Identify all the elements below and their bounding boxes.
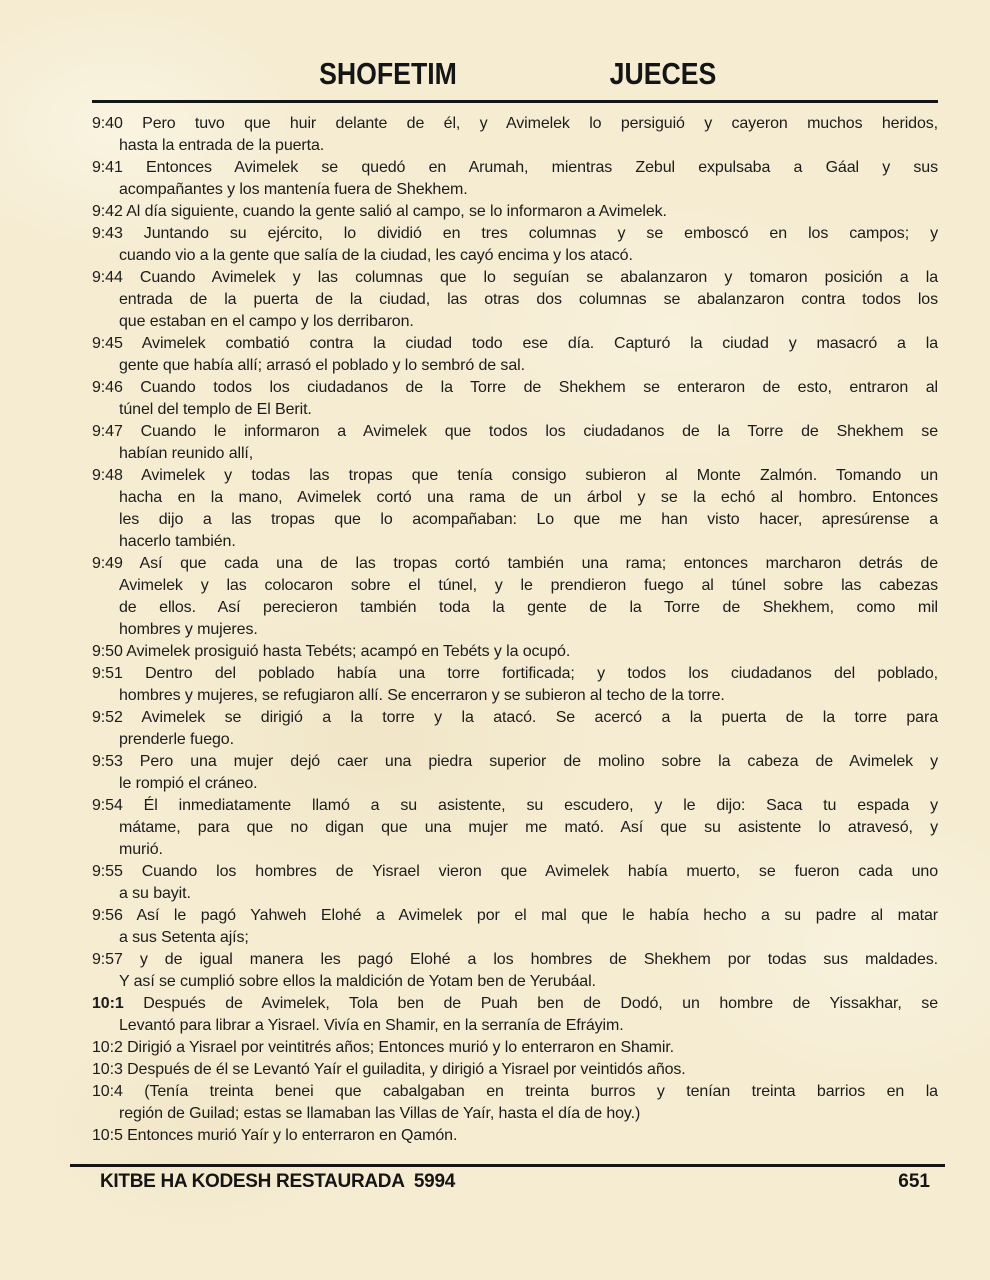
page-title-hebrew: SHOFETIM xyxy=(319,56,457,92)
verse-line: hasta la entrada de la puerta. xyxy=(92,135,938,157)
verse-number: 10:2 xyxy=(92,1039,123,1056)
verse-line: le rompió el cráneo. xyxy=(92,773,938,795)
verse-number: 9:48 xyxy=(92,467,123,484)
verse-line: 9:51 Dentro del poblado había una torre … xyxy=(92,663,938,685)
footer-page-number: 651 xyxy=(898,1171,930,1193)
verse-line: murió. xyxy=(92,839,938,861)
verse-line: a su bayit. xyxy=(92,883,938,905)
verse-number: 9:45 xyxy=(92,335,123,352)
verse-number: 10:5 xyxy=(92,1127,123,1144)
verse-line: 9:53 Pero una mujer dejó caer una piedra… xyxy=(92,751,938,773)
verse-line: 9:47 Cuando le informaron a Avimelek que… xyxy=(92,421,938,443)
verse-line: 9:45 Avimelek combatió contra la ciudad … xyxy=(92,333,938,355)
verse-line: de ellos. Así perecieron también toda la… xyxy=(92,597,938,619)
verse-line: 9:49 Así que cada una de las tropas cort… xyxy=(92,553,938,575)
verse-number: 9:47 xyxy=(92,423,123,440)
verse-number: 9:46 xyxy=(92,379,123,396)
verse-line: Y así se cumplió sobre ellos la maldició… xyxy=(92,971,938,993)
verse-line: 10:2 Dirigió a Yisrael por veintitrés añ… xyxy=(92,1037,938,1059)
verse-line: túnel del templo de El Berit. xyxy=(92,399,938,421)
verse-number: 9:55 xyxy=(92,863,123,880)
verse-number: 10:4 xyxy=(92,1083,123,1100)
verse-number: 9:49 xyxy=(92,555,123,572)
verse-line: 9:55 Cuando los hombres de Yisrael viero… xyxy=(92,861,938,883)
verse-line: 9:46 Cuando todos los ciudadanos de la T… xyxy=(92,377,938,399)
page-title-spanish: JUECES xyxy=(610,56,717,92)
verse-number: 10:3 xyxy=(92,1061,123,1078)
verse-number: 9:41 xyxy=(92,159,123,176)
verse-line: 9:54 Él inmediatamente llamó a su asiste… xyxy=(92,795,938,817)
verse-line: hacerlo también. xyxy=(92,531,938,553)
verse-line: hombres y mujeres. xyxy=(92,619,938,641)
verse-number: 9:57 xyxy=(92,951,123,968)
verse-line: 9:57 y de igual manera les pagó Elohé a … xyxy=(92,949,938,971)
verse-line: que estaban en el campo y los derribaron… xyxy=(92,311,938,333)
verse-line: acompañantes y los mantenía fuera de She… xyxy=(92,179,938,201)
verse-list: 9:40 Pero tuvo que huir delante de él, y… xyxy=(92,113,938,1147)
verse-number: 9:53 xyxy=(92,753,123,770)
verse-line: cuando vio a la gente que salía de la ci… xyxy=(92,245,938,267)
verse-line: 9:42 Al día siguiente, cuando la gente s… xyxy=(92,201,938,223)
verse-line: 9:40 Pero tuvo que huir delante de él, y… xyxy=(92,113,938,135)
verse-number: 10:1 xyxy=(92,995,124,1012)
verse-number: 9:42 xyxy=(92,203,123,220)
scripture-page: SHOFETIM JUECES 9:40 Pero tuvo que huir … xyxy=(0,0,990,1280)
verse-line: 10:3 Después de él se Levantó Yaír el gu… xyxy=(92,1059,938,1081)
verse-line: Avimelek y las colocaron sobre el túnel,… xyxy=(92,575,938,597)
verse-line: 10:4 (Tenía treinta benei que cabalgaban… xyxy=(92,1081,938,1103)
verse-number: 9:44 xyxy=(92,269,123,286)
verse-line: 9:48 Avimelek y todas las tropas que ten… xyxy=(92,465,938,487)
verse-line: 9:41 Entonces Avimelek se quedó en Aruma… xyxy=(92,157,938,179)
verse-number: 9:40 xyxy=(92,115,123,132)
verse-number: 9:54 xyxy=(92,797,123,814)
verse-line: gente que había allí; arrasó el poblado … xyxy=(92,355,938,377)
verse-line: 10:1 Después de Avimelek, Tola ben de Pu… xyxy=(92,993,938,1015)
footer-divider-rule xyxy=(70,1164,945,1167)
verse-number: 9:51 xyxy=(92,665,123,682)
verse-number: 9:52 xyxy=(92,709,123,726)
verse-number: 9:56 xyxy=(92,907,123,924)
verse-line: mátame, para que no digan que una mujer … xyxy=(92,817,938,839)
verse-line: 9:52 Avimelek se dirigió a la torre y la… xyxy=(92,707,938,729)
verse-number: 9:43 xyxy=(92,225,123,242)
footer-imprint: KITBE HA KODESH RESTAURADA 5994 xyxy=(100,1171,455,1193)
verse-line: les dijo a las tropas que lo acompañaban… xyxy=(92,509,938,531)
verse-line: 10:5 Entonces murió Yaír y lo enterraron… xyxy=(92,1125,938,1147)
verse-line: 9:44 Cuando Avimelek y las columnas que … xyxy=(92,267,938,289)
verse-line: hacha en la mano, Avimelek cortó una ram… xyxy=(92,487,938,509)
header-divider-rule xyxy=(92,100,938,103)
verse-number: 9:50 xyxy=(92,643,123,660)
verse-line: 9:56 Así le pagó Yahweh Elohé a Avimelek… xyxy=(92,905,938,927)
verse-line: prenderle fuego. xyxy=(92,729,938,751)
verse-line: 9:50 Avimelek prosiguió hasta Tebéts; ac… xyxy=(92,641,938,663)
verse-line: Levantó para librar a Yisrael. Vivía en … xyxy=(92,1015,938,1037)
verse-line: 9:43 Juntando su ejército, lo dividió en… xyxy=(92,223,938,245)
verse-line: hombres y mujeres, se refugiaron allí. S… xyxy=(92,685,938,707)
verse-line: entrada de la puerta de la ciudad, las o… xyxy=(92,289,938,311)
verse-line: a sus Setenta ajís; xyxy=(92,927,938,949)
verse-line: habían reunido allí, xyxy=(92,443,938,465)
verse-line: región de Guilad; estas se llamaban las … xyxy=(92,1103,938,1125)
